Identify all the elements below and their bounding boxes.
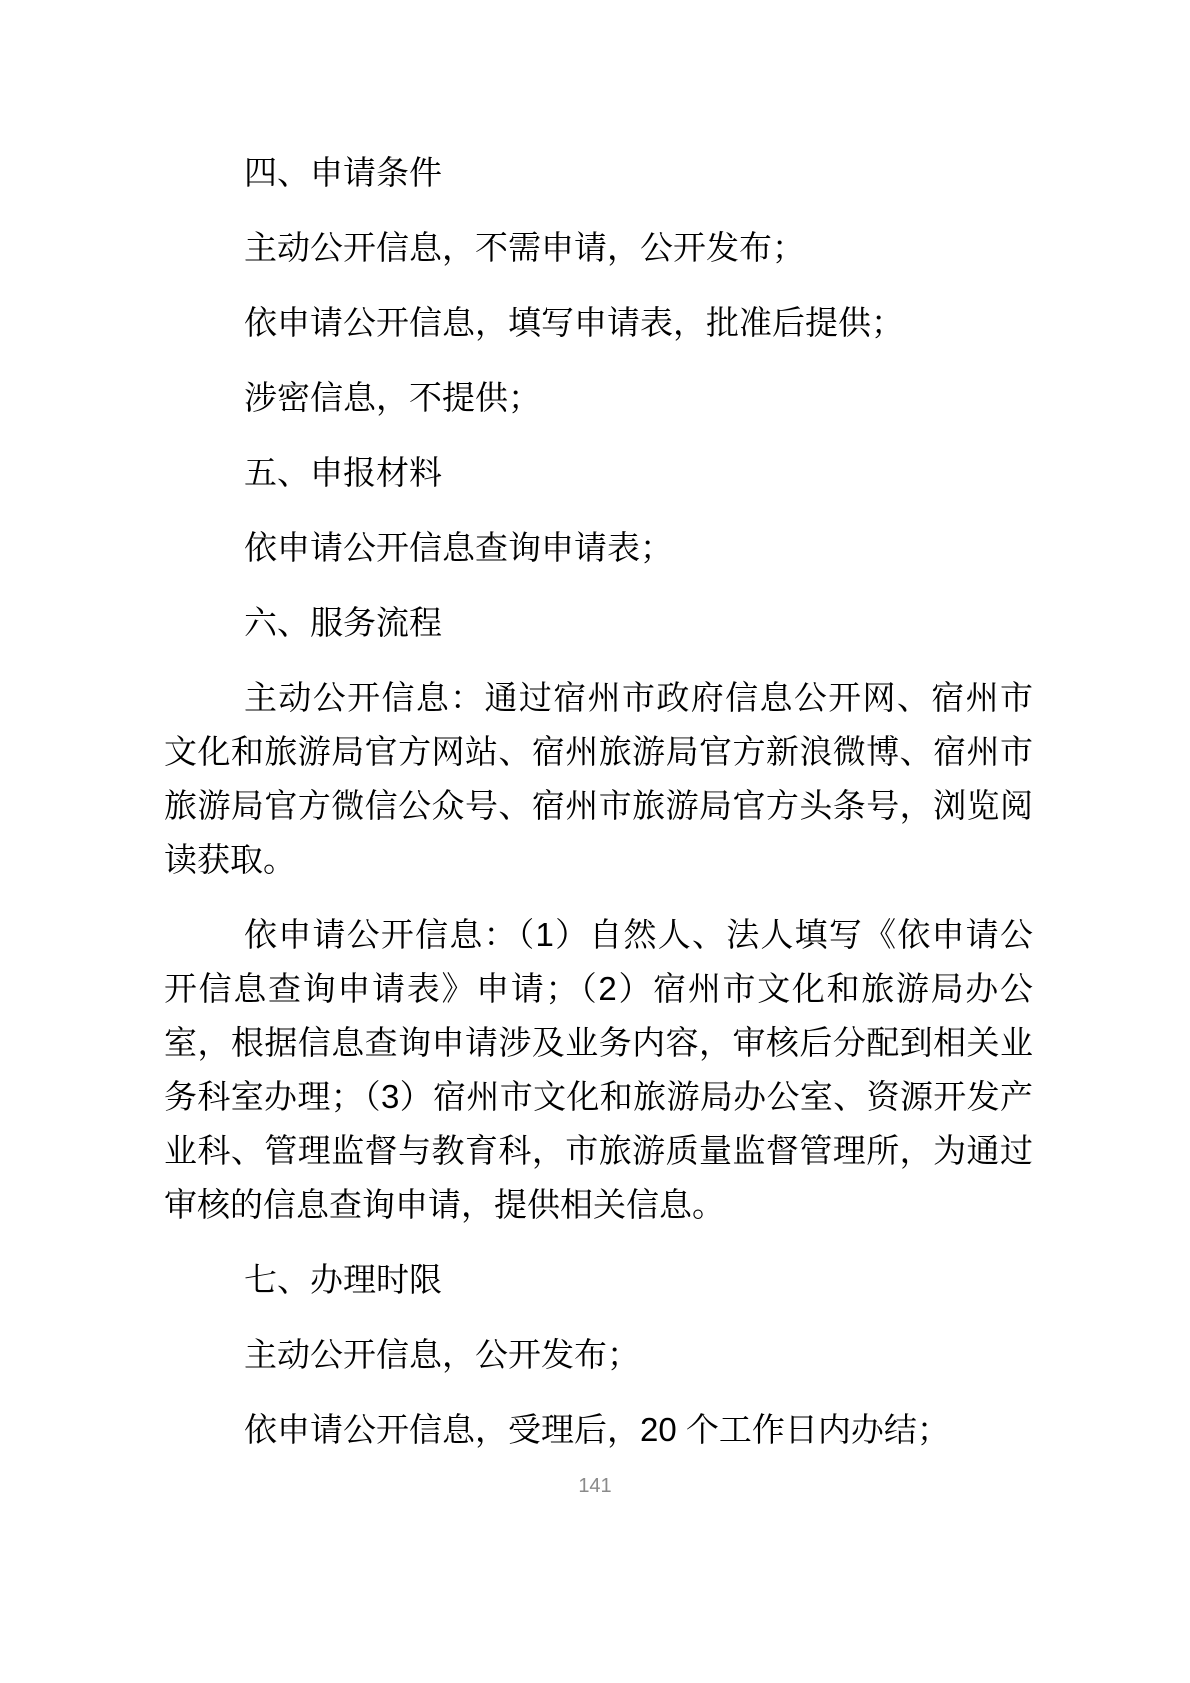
page-number: 141: [0, 1474, 1190, 1498]
document-body: 四、申请条件 主动公开信息，不需申请，公开发布； 依申请公开信息，填写申请表，批…: [164, 146, 1033, 1478]
section-heading-6: 六、服务流程: [164, 596, 1033, 650]
section-heading-5: 五、申报材料: [164, 446, 1033, 500]
paragraph-on-request-disclosure: 依申请公开信息，填写申请表，批准后提供；: [164, 296, 1033, 350]
paragraph-time-limit-proactive: 主动公开信息，公开发布；: [164, 1328, 1033, 1382]
section-heading-7: 七、办理时限: [164, 1253, 1033, 1307]
section-heading-4: 四、申请条件: [164, 146, 1033, 200]
paragraph-service-flow-proactive: 主动公开信息：通过宿州市政府信息公开网、宿州市文化和旅游局官方网站、宿州旅游局官…: [164, 671, 1033, 887]
paragraph-classified-info: 涉密信息，不提供；: [164, 371, 1033, 425]
paragraph-time-limit-on-request: 依申请公开信息，受理后，20 个工作日内办结；: [164, 1403, 1033, 1457]
paragraph-proactive-disclosure: 主动公开信息，不需申请，公开发布；: [164, 221, 1033, 275]
document-page: 四、申请条件 主动公开信息，不需申请，公开发布； 依申请公开信息，填写申请表，批…: [0, 0, 1190, 1683]
paragraph-service-flow-on-request: 依申请公开信息：（1）自然人、法人填写《依申请公开信息查询申请表》申请；（2）宿…: [164, 908, 1033, 1232]
paragraph-application-form: 依申请公开信息查询申请表；: [164, 521, 1033, 575]
